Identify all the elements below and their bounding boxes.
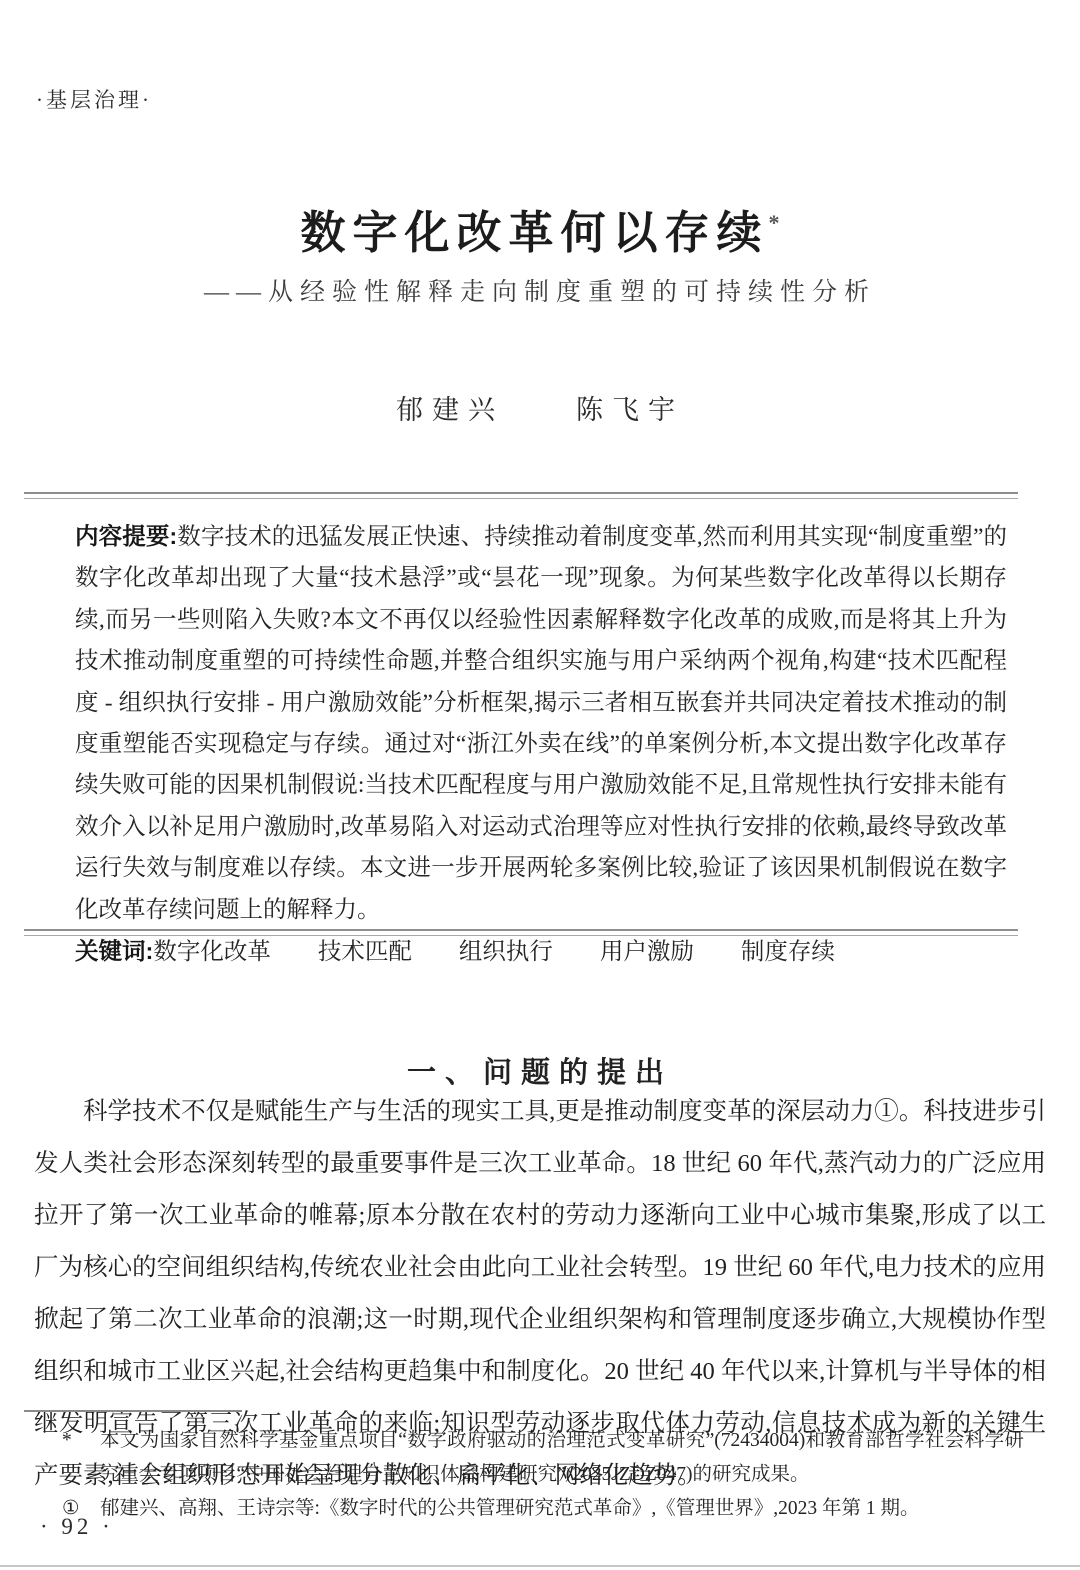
- footnote-fund: * 本文为国家自然科学基金重点项目“数字政府驱动的治理范式变革研究”(72434…: [62, 1424, 1024, 1492]
- page-number: · 92 ·: [40, 1514, 114, 1540]
- journal-page: ·基层治理· 数字化改革何以存续* ——从经验性解释走向制度重塑的可持续性分析 …: [0, 0, 1080, 1570]
- page-bottom-edge-line: [0, 1565, 1080, 1567]
- abstract-top-divider: [24, 492, 1018, 499]
- abstract-block: 内容提要:数字技术的迅猛发展正快速、持续推动着制度变革,然而利用其实现“制度重塑…: [75, 516, 1007, 973]
- title-footnote-asterisk: *: [769, 210, 780, 235]
- keywords-line: 关键词:数字化改革 技术匹配 组织执行 用户激励 制度存续: [75, 931, 1007, 973]
- abstract-text: 数字技术的迅猛发展正快速、持续推动着制度变革,然而利用其实现“制度重塑”的数字化…: [75, 524, 1007, 923]
- footnote-divider: [24, 1410, 242, 1412]
- section-heading-1: 一、问题的提出: [0, 1050, 1080, 1091]
- column-category-label: ·基层治理·: [36, 84, 152, 114]
- footnote-1-text: 郁建兴、高翔、王诗宗等:《数字时代的公共管理研究范式革命》,《管理世界》,202…: [100, 1492, 1024, 1526]
- footnotes-block: * 本文为国家自然科学基金重点项目“数字政府驱动的治理范式变革研究”(72434…: [62, 1424, 1024, 1526]
- article-subtitle: ——从经验性解释走向制度重塑的可持续性分析: [0, 272, 1080, 308]
- footnote-1: ① 郁建兴、高翔、王诗宗等:《数字时代的公共管理研究范式革命》,《管理世界》,2…: [62, 1492, 1024, 1526]
- footnote-fund-text: 本文为国家自然科学基金重点项目“数字政府驱动的治理范式变革研究”(7243400…: [100, 1424, 1024, 1492]
- keywords-text: 数字化改革 技术匹配 组织执行 用户激励 制度存续: [153, 939, 835, 965]
- abstract-paragraph: 内容提要:数字技术的迅猛发展正快速、持续推动着制度变革,然而利用其实现“制度重塑…: [75, 516, 1007, 931]
- author-names: 郁建兴 陈飞宇: [0, 388, 1080, 427]
- footnote-fund-marker: *: [62, 1424, 100, 1492]
- article-title: 数字化改革何以存续*: [0, 196, 1080, 261]
- keywords-label: 关键词:: [75, 938, 153, 964]
- abstract-bottom-divider: [24, 929, 1018, 936]
- abstract-label: 内容提要:: [75, 523, 177, 549]
- article-title-text: 数字化改革何以存续: [300, 208, 768, 258]
